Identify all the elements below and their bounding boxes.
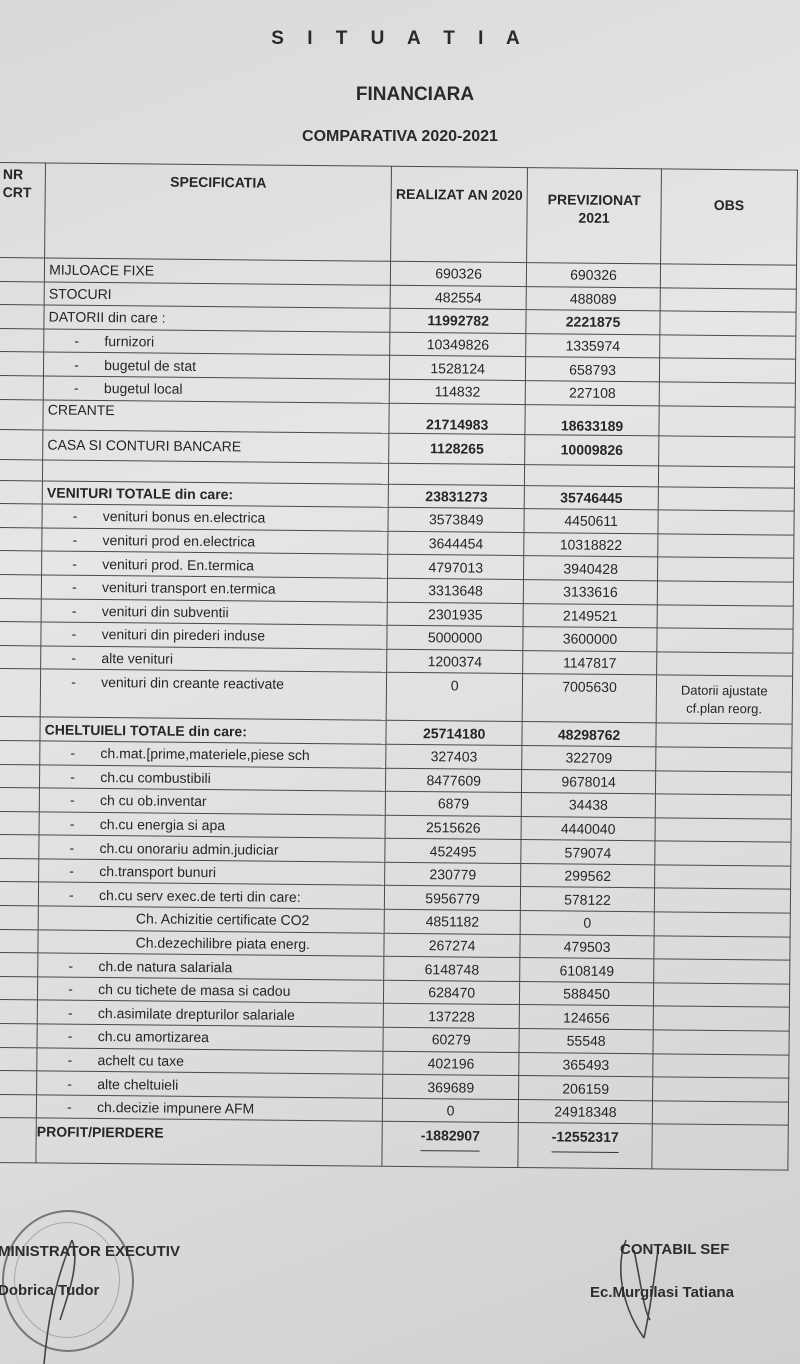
signer-role-left: MINISTRATOR EXECUTIV [0, 1243, 180, 1260]
dash-bullet: - [70, 791, 100, 809]
financial-table: NR CRT SPECIFICATIA REALIZAT AN 2020 PRE… [0, 162, 798, 1171]
row-label: -bugetul de stat [44, 352, 390, 379]
obs-cell [653, 1006, 790, 1031]
row-label: -venituri prod en.electrica [42, 528, 388, 555]
value-previzionat: 9678014 [522, 769, 655, 794]
obs-cell [654, 888, 791, 913]
obs-cell [654, 935, 791, 960]
row-label: -venituri bonus en.electrica [42, 504, 388, 531]
value-realizat: 4797013 [387, 555, 524, 580]
dash-bullet: - [72, 578, 102, 596]
value-realizat: 2301935 [387, 602, 524, 627]
obs-cell [657, 604, 794, 629]
dash-bullet: - [68, 956, 98, 974]
value-previzionat: 2149521 [524, 603, 657, 628]
value-realizat: 23831273 [388, 484, 525, 509]
dash-bullet: - [69, 885, 99, 903]
row-label: -ch.cu energia si apa [39, 812, 385, 839]
value-previzionat: 2221875 [526, 310, 659, 335]
obs-cell [652, 1077, 789, 1102]
value-previzionat: 7005630 [523, 674, 657, 723]
value-previzionat: 48298762 [522, 722, 655, 747]
signer-name-left: Dobrica Tudor [0, 1282, 180, 1299]
value-previzionat: 1147817 [523, 650, 656, 675]
value-previzionat: 322709 [522, 745, 655, 770]
value-realizat: 2515626 [385, 815, 522, 840]
row-label: -ch.cu combustibili [40, 764, 386, 791]
obs-cell [658, 435, 795, 466]
column-header-nr: NR CRT [0, 163, 46, 258]
value-previzionat: 4440040 [521, 816, 654, 841]
row-label: -ch cu tichete de masa si cadou [38, 977, 384, 1004]
row-label: -ch.cu serv exec.de terti din care: [39, 882, 385, 909]
dash-bullet: - [67, 1098, 97, 1116]
value-previzionat: -12552317 [518, 1123, 652, 1169]
value-previzionat: 10318822 [524, 532, 657, 557]
row-label: VENITURI TOTALE din care: [42, 481, 388, 508]
row-label: CHELTUIELI TOTALE din care: [40, 717, 386, 744]
value-realizat: 1128265 [388, 433, 525, 464]
value-realizat: 267274 [384, 933, 521, 958]
obs-cell [656, 628, 793, 653]
obs-cell [657, 557, 794, 582]
value-realizat: 369689 [382, 1074, 519, 1099]
value-realizat: 5000000 [387, 625, 524, 650]
obs-cell [652, 1053, 789, 1078]
dash-bullet: - [74, 332, 104, 350]
row-label: -ch cu ob.inventar [39, 788, 385, 815]
row-label: -ch.de natura salariala [38, 953, 384, 980]
obs-cell [660, 264, 797, 289]
signature-block-right: CONTABIL SEF Ec.Murgilasi Tatiana [590, 1241, 734, 1301]
value-realizat: 0 [386, 673, 523, 722]
value-previzionat: 3600000 [523, 627, 656, 652]
value-previzionat: 479503 [520, 934, 653, 959]
value-realizat: 25714180 [386, 721, 523, 746]
document-title: S I T U A T I A [0, 28, 800, 50]
row-label: Ch. Achizitie certificate CO2 [38, 906, 384, 933]
row-label: -venituri transport en.termica [41, 575, 387, 602]
column-header-previzionat: PREVIZIONAT 2021 [527, 168, 661, 264]
value-realizat: 3573849 [388, 507, 525, 532]
row-label: STOCURI [44, 282, 390, 309]
value-realizat: 3313648 [387, 578, 524, 603]
document-period: COMPARATIVA 2020-2021 [0, 128, 800, 146]
dash-bullet: - [72, 531, 102, 549]
row-label: -venituri din subventii [41, 598, 387, 625]
row-label: -venituri prod. En.termica [42, 551, 388, 578]
value-realizat: 8477609 [385, 768, 522, 793]
dash-bullet: - [74, 355, 104, 373]
row-label: -alte venituri [41, 646, 387, 673]
value-previzionat: 3133616 [524, 580, 657, 605]
value-previzionat: 488089 [527, 286, 660, 311]
obs-cell [653, 983, 790, 1008]
row-label: CREANTE [43, 400, 389, 433]
row-label: -ch.transport bunuri [39, 859, 385, 886]
value-realizat: 4851182 [384, 909, 521, 934]
obs-cell [660, 311, 797, 336]
value-previzionat: 299562 [521, 863, 654, 888]
value-previzionat: 365493 [519, 1052, 652, 1077]
value-previzionat: 10009826 [525, 434, 658, 465]
value-realizat: 6148748 [384, 956, 521, 981]
dash-bullet: - [69, 862, 99, 880]
value-previzionat: 578122 [521, 887, 654, 912]
row-label: -alte cheltuieli [37, 1071, 383, 1098]
obs-cell [659, 382, 796, 407]
dash-bullet: - [67, 1074, 97, 1092]
value-previzionat: 24918348 [519, 1099, 652, 1124]
obs-cell [654, 865, 791, 890]
obs-cell [655, 794, 792, 819]
row-label: -venituri din pirederi induse [41, 622, 387, 649]
row-label: CASA SI CONTURI BANCARE [43, 430, 389, 463]
obs-cell [657, 581, 794, 606]
value-previzionat: 55548 [519, 1029, 652, 1054]
column-header-realizat: REALIZAT AN 2020 [390, 166, 528, 262]
value-realizat: 10349826 [390, 332, 527, 357]
dash-bullet: - [70, 768, 100, 786]
obs-cell [656, 652, 793, 677]
value-realizat: 628470 [383, 980, 520, 1005]
dash-bullet: - [69, 838, 99, 856]
dash-bullet: - [70, 744, 100, 762]
row-label: -ch.asimilate drepturilor salariale [37, 1000, 383, 1027]
value-previzionat: 206159 [519, 1076, 652, 1101]
value-previzionat: 4450611 [524, 509, 657, 534]
value-realizat: 60279 [383, 1027, 520, 1052]
row-label: PROFIT/PIERDERE [36, 1118, 382, 1166]
obs-cell [653, 959, 790, 984]
value-realizat: 6879 [385, 791, 522, 816]
value-realizat: 0 [382, 1098, 519, 1123]
value-realizat: -1882907 [382, 1122, 519, 1168]
obs-note: Datorii ajustate cf.plan reorg. [656, 675, 793, 724]
value-previzionat: 6108149 [520, 958, 653, 983]
value-realizat: 114832 [389, 379, 526, 404]
obs-cell [654, 912, 791, 937]
value-previzionat: 658793 [526, 357, 659, 382]
obs-cell [660, 287, 797, 312]
obs-cell [654, 841, 791, 866]
value-previzionat: 579074 [521, 840, 654, 865]
dash-bullet: - [72, 602, 102, 620]
dash-bullet: - [67, 1051, 97, 1069]
column-header-specificatia: SPECIFICATIA [45, 163, 392, 261]
obs-cell [659, 335, 796, 360]
value-previzionat: 35746445 [525, 485, 658, 510]
row-label: DATORII din care : [44, 305, 390, 332]
obs-cell [653, 1030, 790, 1055]
obs-cell [657, 534, 794, 559]
obs-cell [658, 510, 795, 535]
dash-bullet: - [74, 379, 104, 397]
row-label: -ch.decizie impunere AFM [36, 1095, 382, 1122]
dash-bullet: - [68, 1003, 98, 1021]
dash-bullet: - [68, 1027, 98, 1045]
row-label: -ch.mat.[prime,materiele,piese sch [40, 741, 386, 768]
value-previzionat: 1335974 [526, 333, 659, 358]
obs-cell [652, 1124, 789, 1170]
dash-bullet: - [72, 625, 102, 643]
document-subtitle: FINANCIARA [0, 84, 800, 106]
dash-bullet: - [73, 507, 103, 525]
dash-bullet: - [70, 815, 100, 833]
dash-bullet: - [72, 554, 102, 572]
row-label: -ch.cu amortizarea [37, 1024, 383, 1051]
value-realizat: 230779 [384, 862, 521, 887]
column-header-obs: OBS [660, 169, 797, 265]
row-label: Ch.dezechilibre piata energ. [38, 930, 384, 957]
value-realizat: 1528124 [389, 356, 526, 381]
dash-bullet: - [71, 649, 101, 667]
value-realizat: 327403 [386, 744, 523, 769]
obs-cell [659, 358, 796, 383]
obs-cell [655, 770, 792, 795]
value-realizat: 3644454 [388, 531, 525, 556]
signer-name-right: Ec.Murgilasi Tatiana [590, 1284, 734, 1301]
value-previzionat: 124656 [520, 1005, 653, 1030]
dash-bullet: - [68, 980, 98, 998]
value-realizat: 11992782 [390, 308, 527, 333]
value-previzionat: 3940428 [524, 556, 657, 581]
row-label: -furnizori [44, 329, 390, 356]
row-label: -bugetul local [43, 376, 389, 403]
value-realizat: 402196 [383, 1051, 520, 1076]
value-previzionat: 34438 [522, 793, 655, 818]
row-label: -ch.cu onorariu admin.judiciar [39, 835, 385, 862]
obs-note-line1: Datorii ajustate [681, 682, 768, 698]
value-realizat: 690326 [390, 261, 527, 286]
obs-cell [658, 486, 795, 511]
obs-cell [652, 1101, 789, 1126]
signer-role-right: CONTABIL SEF [620, 1241, 734, 1258]
value-previzionat: 690326 [527, 263, 660, 288]
table-row-total: PROFIT/PIERDERE -1882907 -12552317 [0, 1118, 788, 1171]
row-label: -venituri din creante reactivate [40, 669, 386, 720]
value-realizat: 21714983 [389, 403, 526, 434]
obs-cell [656, 723, 793, 748]
value-realizat: 5956779 [384, 886, 521, 911]
obs-cell [655, 818, 792, 843]
row-label: -achelt cu taxe [37, 1048, 383, 1075]
signature-block-left: MINISTRATOR EXECUTIV Dobrica Tudor [0, 1243, 180, 1299]
obs-cell [655, 747, 792, 772]
value-realizat: 1200374 [386, 649, 523, 674]
obs-cell [659, 405, 796, 436]
value-previzionat: 18633189 [525, 404, 658, 435]
table-row: -venituri din creante reactivate 0 70056… [0, 669, 793, 725]
value-previzionat: 0 [521, 911, 654, 936]
dash-bullet: - [71, 673, 101, 691]
value-previzionat: 588450 [520, 981, 653, 1006]
table-header-row: NR CRT SPECIFICATIA REALIZAT AN 2020 PRE… [0, 163, 797, 266]
value-previzionat: 227108 [526, 381, 659, 406]
value-realizat: 482554 [390, 285, 527, 310]
value-realizat: 452495 [385, 839, 522, 864]
row-label: MIJLOACE FIXE [44, 258, 390, 285]
value-realizat: 137228 [383, 1004, 520, 1029]
obs-note-line2: cf.plan reorg. [686, 700, 762, 716]
